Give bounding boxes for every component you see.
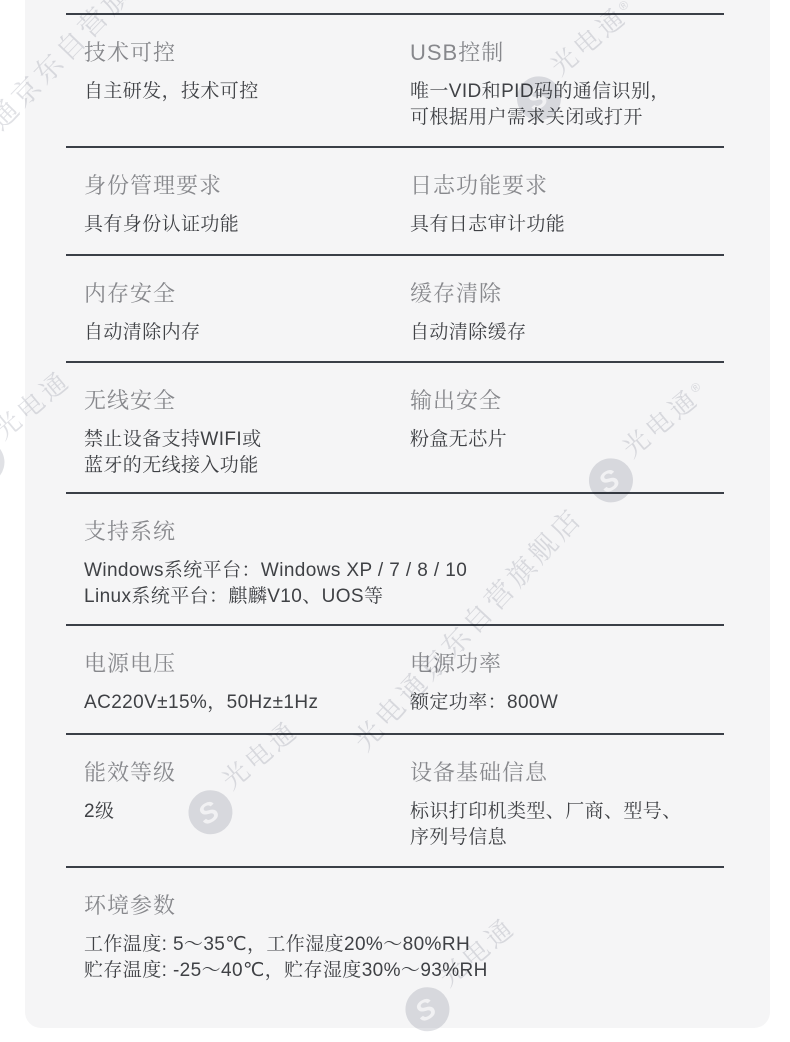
spec-item-os: 支持系统 Windows系统平台：Windows XP / 7 / 8 / 10… (84, 519, 724, 610)
spec-text-line: 自动清除内存 (84, 320, 410, 346)
spec-item-device-info: 设备基础信息 标识打印机类型、厂商、型号、 序列号信息 (410, 760, 724, 866)
spec-text-line: AC220V±15%，50Hz±1Hz (84, 690, 410, 716)
spec-item-cache: 缓存清除 自动清除缓存 (410, 281, 724, 361)
spec-text-line: 额定功率：800W (410, 690, 724, 716)
spec-text-line: 具有身份认证功能 (84, 212, 410, 238)
spec-text-line: 自主研发，技术可控 (84, 79, 410, 105)
spec-text-line: 标识打印机类型、厂商、型号、 (410, 799, 724, 825)
spec-text-line: 2级 (84, 799, 410, 825)
spec-text-line: 具有日志审计功能 (410, 212, 724, 238)
brand-logo-icon: S (0, 432, 13, 492)
spec-heading: 支持系统 (84, 519, 724, 545)
spec-item-usb-control: USB控制 唯一VID和PID码的通信识别， 可根据用户需求关闭或打开 (410, 40, 724, 146)
spec-row-tech-usb: 技术可控 自主研发，技术可控 USB控制 唯一VID和PID码的通信识别， 可根… (66, 13, 724, 146)
spec-row-wireless-output: 无线安全 禁止设备支持WIFI或 蓝牙的无线接入功能 输出安全 粉盒无芯片 (66, 361, 724, 492)
spec-heading: 缓存清除 (410, 281, 724, 307)
spec-item-memory: 内存安全 自动清除内存 (84, 281, 410, 361)
spec-card: 技术可控 自主研发，技术可控 USB控制 唯一VID和PID码的通信识别， 可根… (25, 0, 770, 1028)
spec-text-line: 粉盒无芯片 (410, 427, 724, 453)
spec-heading: 电源电压 (84, 651, 410, 677)
spec-row-identity-log: 身份管理要求 具有身份认证功能 日志功能要求 具有日志审计功能 (66, 146, 724, 254)
spec-text-line: 可根据用户需求关闭或打开 (410, 105, 724, 131)
spec-heading: 内存安全 (84, 281, 410, 307)
spec-heading: 能效等级 (84, 760, 410, 786)
spec-item-voltage: 电源电压 AC220V±15%，50Hz±1Hz (84, 651, 410, 733)
spec-item-log: 日志功能要求 具有日志审计功能 (410, 173, 724, 254)
spec-row-power: 电源电压 AC220V±15%，50Hz±1Hz 电源功率 额定功率：800W (66, 624, 724, 733)
spec-heading: 环境参数 (84, 893, 724, 919)
spec-heading: 身份管理要求 (84, 173, 410, 199)
spec-heading: 设备基础信息 (410, 760, 724, 786)
spec-heading: USB控制 (410, 40, 724, 66)
spec-row-environment: 环境参数 工作温度: 5～35℃，工作湿度20%～80%RH 贮存温度: -25… (66, 866, 724, 1028)
spec-text-line: 工作温度: 5～35℃，工作湿度20%～80%RH (84, 932, 724, 958)
spec-heading: 日志功能要求 (410, 173, 724, 199)
spec-heading: 输出安全 (410, 388, 724, 414)
spec-text-line: 禁止设备支持WIFI或 (84, 427, 410, 453)
spec-text-line: 唯一VID和PID码的通信识别， (410, 79, 724, 105)
spec-item-wireless: 无线安全 禁止设备支持WIFI或 蓝牙的无线接入功能 (84, 388, 410, 492)
spec-heading: 技术可控 (84, 40, 410, 66)
spec-text-line: Linux系统平台：麒麟V10、UOS等 (84, 584, 724, 610)
spec-heading: 电源功率 (410, 651, 724, 677)
spec-row-memory-cache: 内存安全 自动清除内存 缓存清除 自动清除缓存 (66, 254, 724, 361)
spec-item-wattage: 电源功率 额定功率：800W (410, 651, 724, 733)
spec-item-output: 输出安全 粉盒无芯片 (410, 388, 724, 492)
spec-item-tech-control: 技术可控 自主研发，技术可控 (84, 40, 410, 146)
spec-item-identity: 身份管理要求 具有身份认证功能 (84, 173, 410, 254)
spec-item-energy: 能效等级 2级 (84, 760, 410, 866)
spec-text-line: 贮存温度: -25～40℃，贮存湿度30%～93%RH (84, 958, 724, 984)
spec-row-energy-device: 能效等级 2级 设备基础信息 标识打印机类型、厂商、型号、 序列号信息 (66, 733, 724, 866)
spec-row-os-support: 支持系统 Windows系统平台：Windows XP / 7 / 8 / 10… (66, 492, 724, 624)
spec-text-line: 自动清除缓存 (410, 320, 724, 346)
spec-text-line: Windows系统平台：Windows XP / 7 / 8 / 10 (84, 558, 724, 584)
spec-text-line: 序列号信息 (410, 825, 724, 851)
spec-text-line: 蓝牙的无线接入功能 (84, 453, 410, 479)
spec-item-environment: 环境参数 工作温度: 5～35℃，工作湿度20%～80%RH 贮存温度: -25… (84, 893, 724, 984)
spec-heading: 无线安全 (84, 388, 410, 414)
